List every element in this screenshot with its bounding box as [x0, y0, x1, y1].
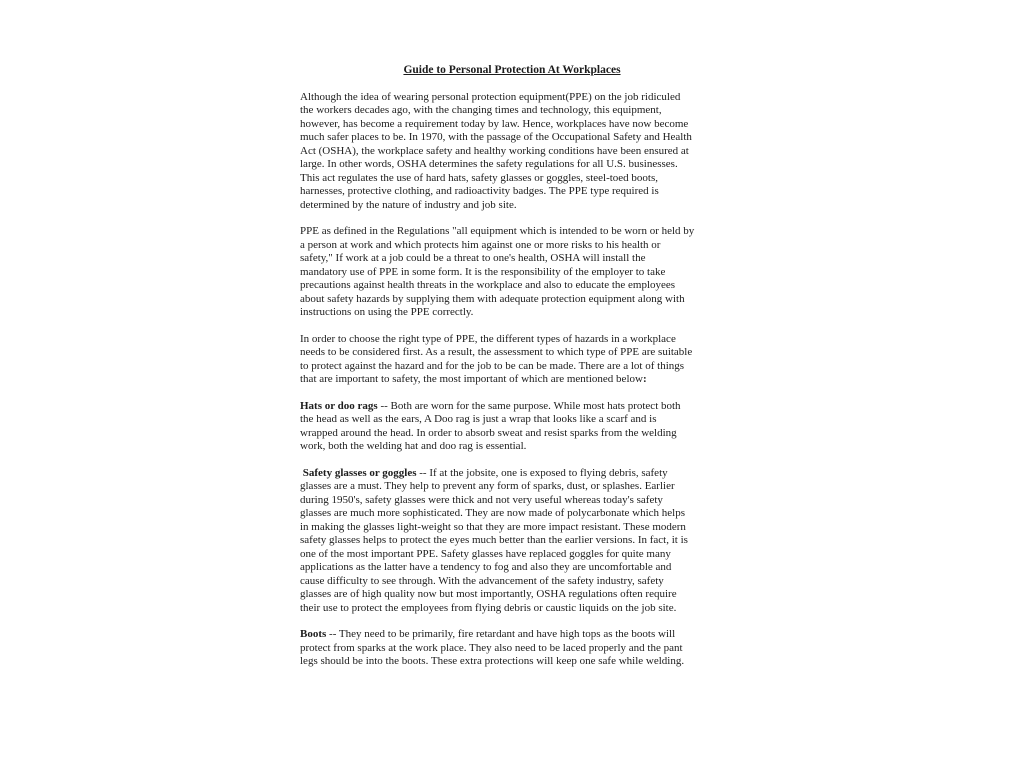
paragraph-tail: :: [643, 373, 647, 385]
paragraph-intro: Although the idea of wearing personal pr…: [300, 91, 724, 213]
paragraph-body: -- They need to be primarily, fire retar…: [300, 628, 684, 667]
paragraph-lead: Hats or doo rags: [300, 400, 378, 412]
paragraph-hats-doo-rags: Hats or doo rags -- Both are worn for th…: [300, 400, 724, 454]
paragraph-ppe-definition: PPE as defined in the Regulations "all e…: [300, 225, 724, 320]
paragraph-lead: Safety glasses or goggles: [300, 467, 417, 479]
document-title: Guide to Personal Protection At Workplac…: [300, 64, 724, 78]
paragraph-safety-glasses: Safety glasses or goggles -- If at the j…: [300, 467, 724, 616]
paragraph-choosing-ppe: In order to choose the right type of PPE…: [300, 333, 724, 387]
document-page: Guide to Personal Protection At Workplac…: [0, 0, 1023, 769]
paragraph-body: PPE as defined in the Regulations "all e…: [300, 225, 694, 318]
paragraph-boots: Boots -- They need to be primarily, fire…: [300, 628, 724, 669]
text-column: Guide to Personal Protection At Workplac…: [300, 64, 724, 682]
paragraph-body: In order to choose the right type of PPE…: [300, 333, 692, 386]
paragraph-lead: Boots: [300, 628, 326, 640]
paragraph-body: -- If at the jobsite, one is exposed to …: [300, 467, 688, 614]
paragraph-body: Although the idea of wearing personal pr…: [300, 91, 692, 211]
